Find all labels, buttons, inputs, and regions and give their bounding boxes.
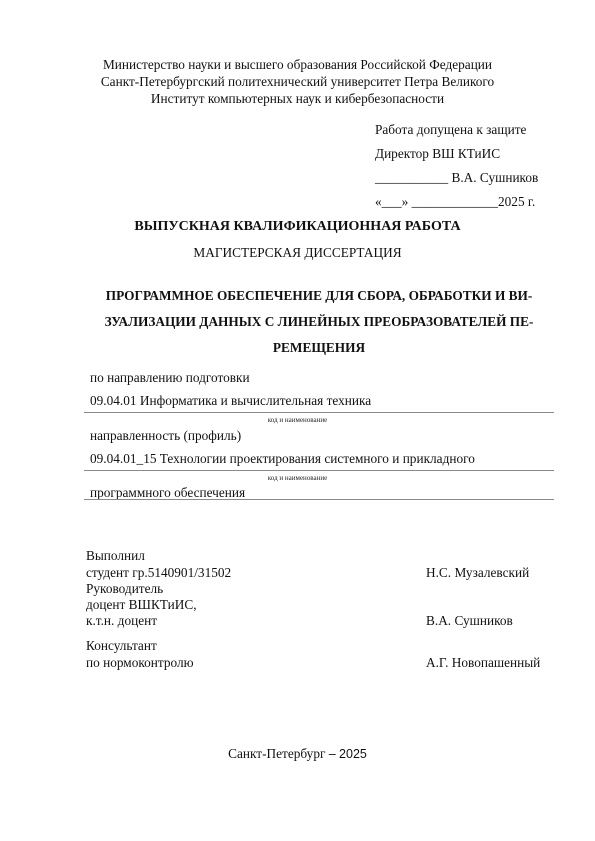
- supervisor-position: доцент ВШКТиИС,: [86, 597, 197, 613]
- direction-underline: [84, 412, 554, 413]
- consultant-name: А.Г. Новопашенный: [426, 655, 540, 671]
- direction-label: по направлению подготовки: [90, 370, 250, 386]
- footer-dash: –: [329, 747, 336, 761]
- approval-date: «___» _____________2025 г.: [375, 194, 535, 210]
- work-type-title: ВЫПУСКНАЯ КВАЛИФИКАЦИОННАЯ РАБОТА: [0, 219, 595, 235]
- profile-caption: код и наименование: [0, 474, 595, 482]
- approval-signature: ___________ В.А. Сушников: [375, 170, 538, 186]
- work-subtitle: МАГИСТЕРСКАЯ ДИССЕРТАЦИЯ: [0, 245, 595, 261]
- supervisor-label: Руководитель: [86, 581, 163, 597]
- approval-admitted: Работа допущена к защите: [375, 122, 526, 138]
- supervisor-degree: к.т.н. доцент: [86, 613, 157, 629]
- footer-year: 2025: [339, 747, 367, 761]
- profile-underline: [84, 470, 554, 471]
- approval-director: Директор ВШ КТиИС: [375, 146, 500, 162]
- student-label: студент гр.5140901/31502: [86, 565, 231, 581]
- footer: Санкт-Петербург – 2025: [0, 746, 595, 762]
- consultant-label: Консультант: [86, 638, 157, 654]
- supervisor-name: В.А. Сушников: [426, 613, 513, 629]
- ministry-line: Министерство науки и высшего образования…: [0, 57, 595, 73]
- performed-label: Выполнил: [86, 548, 145, 564]
- profile-label: направленность (профиль): [90, 428, 241, 444]
- consultant-role: по нормоконтролю: [86, 655, 194, 671]
- direction-caption: код и наименование: [0, 416, 595, 424]
- student-name: Н.С. Музалевский: [426, 565, 529, 581]
- direction-value: 09.04.01 Информатика и вычислительная те…: [90, 393, 371, 409]
- profile-underline-2: [84, 499, 554, 500]
- university-line: Санкт-Петербургский политехнический унив…: [0, 74, 595, 90]
- footer-city: Санкт-Петербург: [228, 746, 325, 761]
- profile-value-line1: 09.04.01_15 Технологии проектирования си…: [90, 451, 475, 467]
- institute-line: Институт компьютерных наук и кибербезопа…: [0, 91, 595, 107]
- thesis-theme: ПРОГРАММНОЕ ОБЕСПЕЧЕНИЕ ДЛЯ СБОРА, ОБРАБ…: [84, 283, 554, 361]
